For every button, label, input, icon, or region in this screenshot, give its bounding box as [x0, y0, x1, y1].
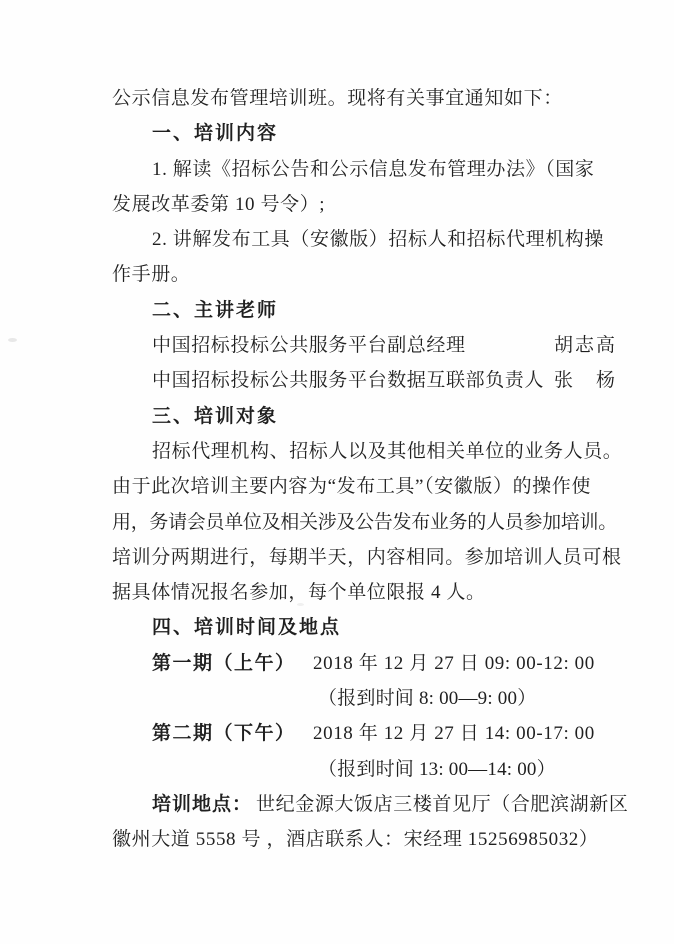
paragraph-line: 招标代理机构、招标人以及其他相关单位的业务人员。 — [112, 434, 617, 469]
paragraph-line: 发展改革委第 10 号令）; — [112, 187, 617, 222]
speaker-title: 中国招标投标公共服务平台副总经理 — [152, 328, 466, 363]
document-text-block: 公示信息发布管理培训班。现将有关事宜通知如下： 一、培训内容 1. 解读《招标公… — [112, 81, 617, 858]
schedule-row-session1: 第一期（上午） 2018 年 12 月 27 日 09: 00-12: 00 — [112, 646, 617, 681]
section-heading-2: 二、主讲老师 — [112, 293, 617, 328]
speaker-row: 中国招标投标公共服务平台数据互联部负责人 张 杨 — [112, 363, 617, 398]
speaker-name: 胡志高 — [554, 328, 617, 363]
speaker-row: 中国招标投标公共服务平台副总经理 胡志高 — [112, 328, 617, 363]
paragraph-line: 作手册。 — [112, 257, 617, 292]
section-heading-4: 四、培训时间及地点 — [112, 610, 617, 645]
section-heading-1: 一、培训内容 — [112, 116, 617, 151]
session-datetime: 2018 年 12 月 27 日 14: 00-17: 00 — [313, 716, 595, 751]
paragraph-line: 公示信息发布管理培训班。现将有关事宜通知如下： — [112, 81, 617, 116]
paragraph-line: 用，务请会员单位及相关涉及公告发布业务的人员参加培训。 — [112, 505, 617, 540]
speaker-title: 中国招标投标公共服务平台数据互联部负责人 — [152, 363, 544, 398]
paragraph-line: 据具体情况报名参加，每个单位限报 4 人。 — [112, 575, 617, 610]
paragraph-line: 1. 解读《招标公告和公示信息发布管理办法》（国家 — [112, 152, 617, 187]
speaker-name: 张 杨 — [554, 363, 617, 398]
scanned-document-page: 公示信息发布管理培训班。现将有关事宜通知如下： 一、培训内容 1. 解读《招标公… — [0, 0, 674, 944]
location-label: 培训地点： — [152, 794, 256, 815]
location-row: 培训地点：世纪金源大饭店三楼首见厅（合肥滨湖新区 — [112, 787, 617, 822]
paragraph-line: 培训分两期进行，每期半天，内容相同。参加培训人员可根 — [112, 540, 617, 575]
location-text: 世纪金源大饭店三楼首见厅（合肥滨湖新区 — [256, 794, 628, 815]
section-heading-3: 三、培训对象 — [112, 399, 617, 434]
session-label: 第二期（下午） — [152, 716, 313, 751]
paragraph-line: 徽州大道 5558 号 ，酒店联系人：宋经理 15256985032） — [112, 822, 617, 857]
paragraph-line: 2. 讲解发布工具（安徽版）招标人和招标代理机构操 — [112, 222, 617, 257]
schedule-row-session2: 第二期（下午） 2018 年 12 月 27 日 14: 00-17: 00 — [112, 716, 617, 751]
checkin-time-note: （报到时间 13: 00—14: 00） — [112, 752, 617, 787]
checkin-time-note: （报到时间 8: 00—9: 00） — [112, 681, 617, 716]
scan-speck — [8, 338, 17, 342]
session-datetime: 2018 年 12 月 27 日 09: 00-12: 00 — [313, 646, 595, 681]
session-label: 第一期（上午） — [152, 646, 313, 681]
paragraph-line: 由于此次培训主要内容为“发布工具”（安徽版）的操作使 — [112, 469, 617, 504]
